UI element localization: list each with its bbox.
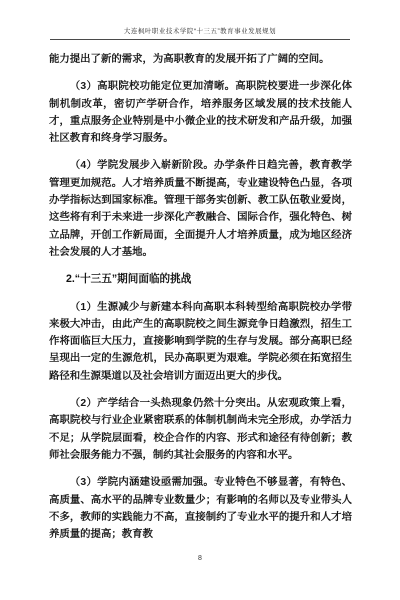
section-heading: 2.“十三五”期间面临的挑战 (49, 271, 352, 288)
document-body: 能力提出了新的需求，为高职教育的发展开拓了广阔的空间。 （3）高职院校功能定位更… (49, 51, 352, 543)
paragraph-challenge-2: （2）产学结合一头热现象仍然十分突出。从宏观政策上看，高职院校与行业企业紧密联系… (49, 395, 352, 464)
paragraph-item-3: （3）高职院校功能定位更加清晰。高职院校要进一步深化体制机制改革，密切产学研合作… (49, 78, 352, 147)
paragraph-item-4: （4）学院发展步入崭新阶段。办学条件日趋完善，教育教学管理更加规范。人才培养质量… (49, 157, 352, 261)
paragraph-challenge-1: （1）生源减少与新建本科向高职本科转型给高职院校办学带来极大冲击，由此产生的高职… (49, 299, 352, 385)
paragraph-challenge-3: （3）学院内涵建设亟需加强。专业特色不够显著，有特色、高质量、高水平的品牌专业数… (49, 474, 352, 543)
page-number: 8 (198, 555, 202, 562)
header-title: 大连枫叶职业技术学院“十三五”教育事业发展规划 (50, 26, 350, 35)
page-footer: 8 (0, 547, 400, 565)
paragraph-continuation: 能力提出了新的需求，为高职教育的发展开拓了广阔的空间。 (49, 51, 352, 68)
page-header: 大连枫叶职业技术学院“十三五”教育事业发展规划 (50, 26, 350, 40)
document-page: 大连枫叶职业技术学院“十三五”教育事业发展规划 能力提出了新的需求，为高职教育的… (0, 0, 400, 600)
